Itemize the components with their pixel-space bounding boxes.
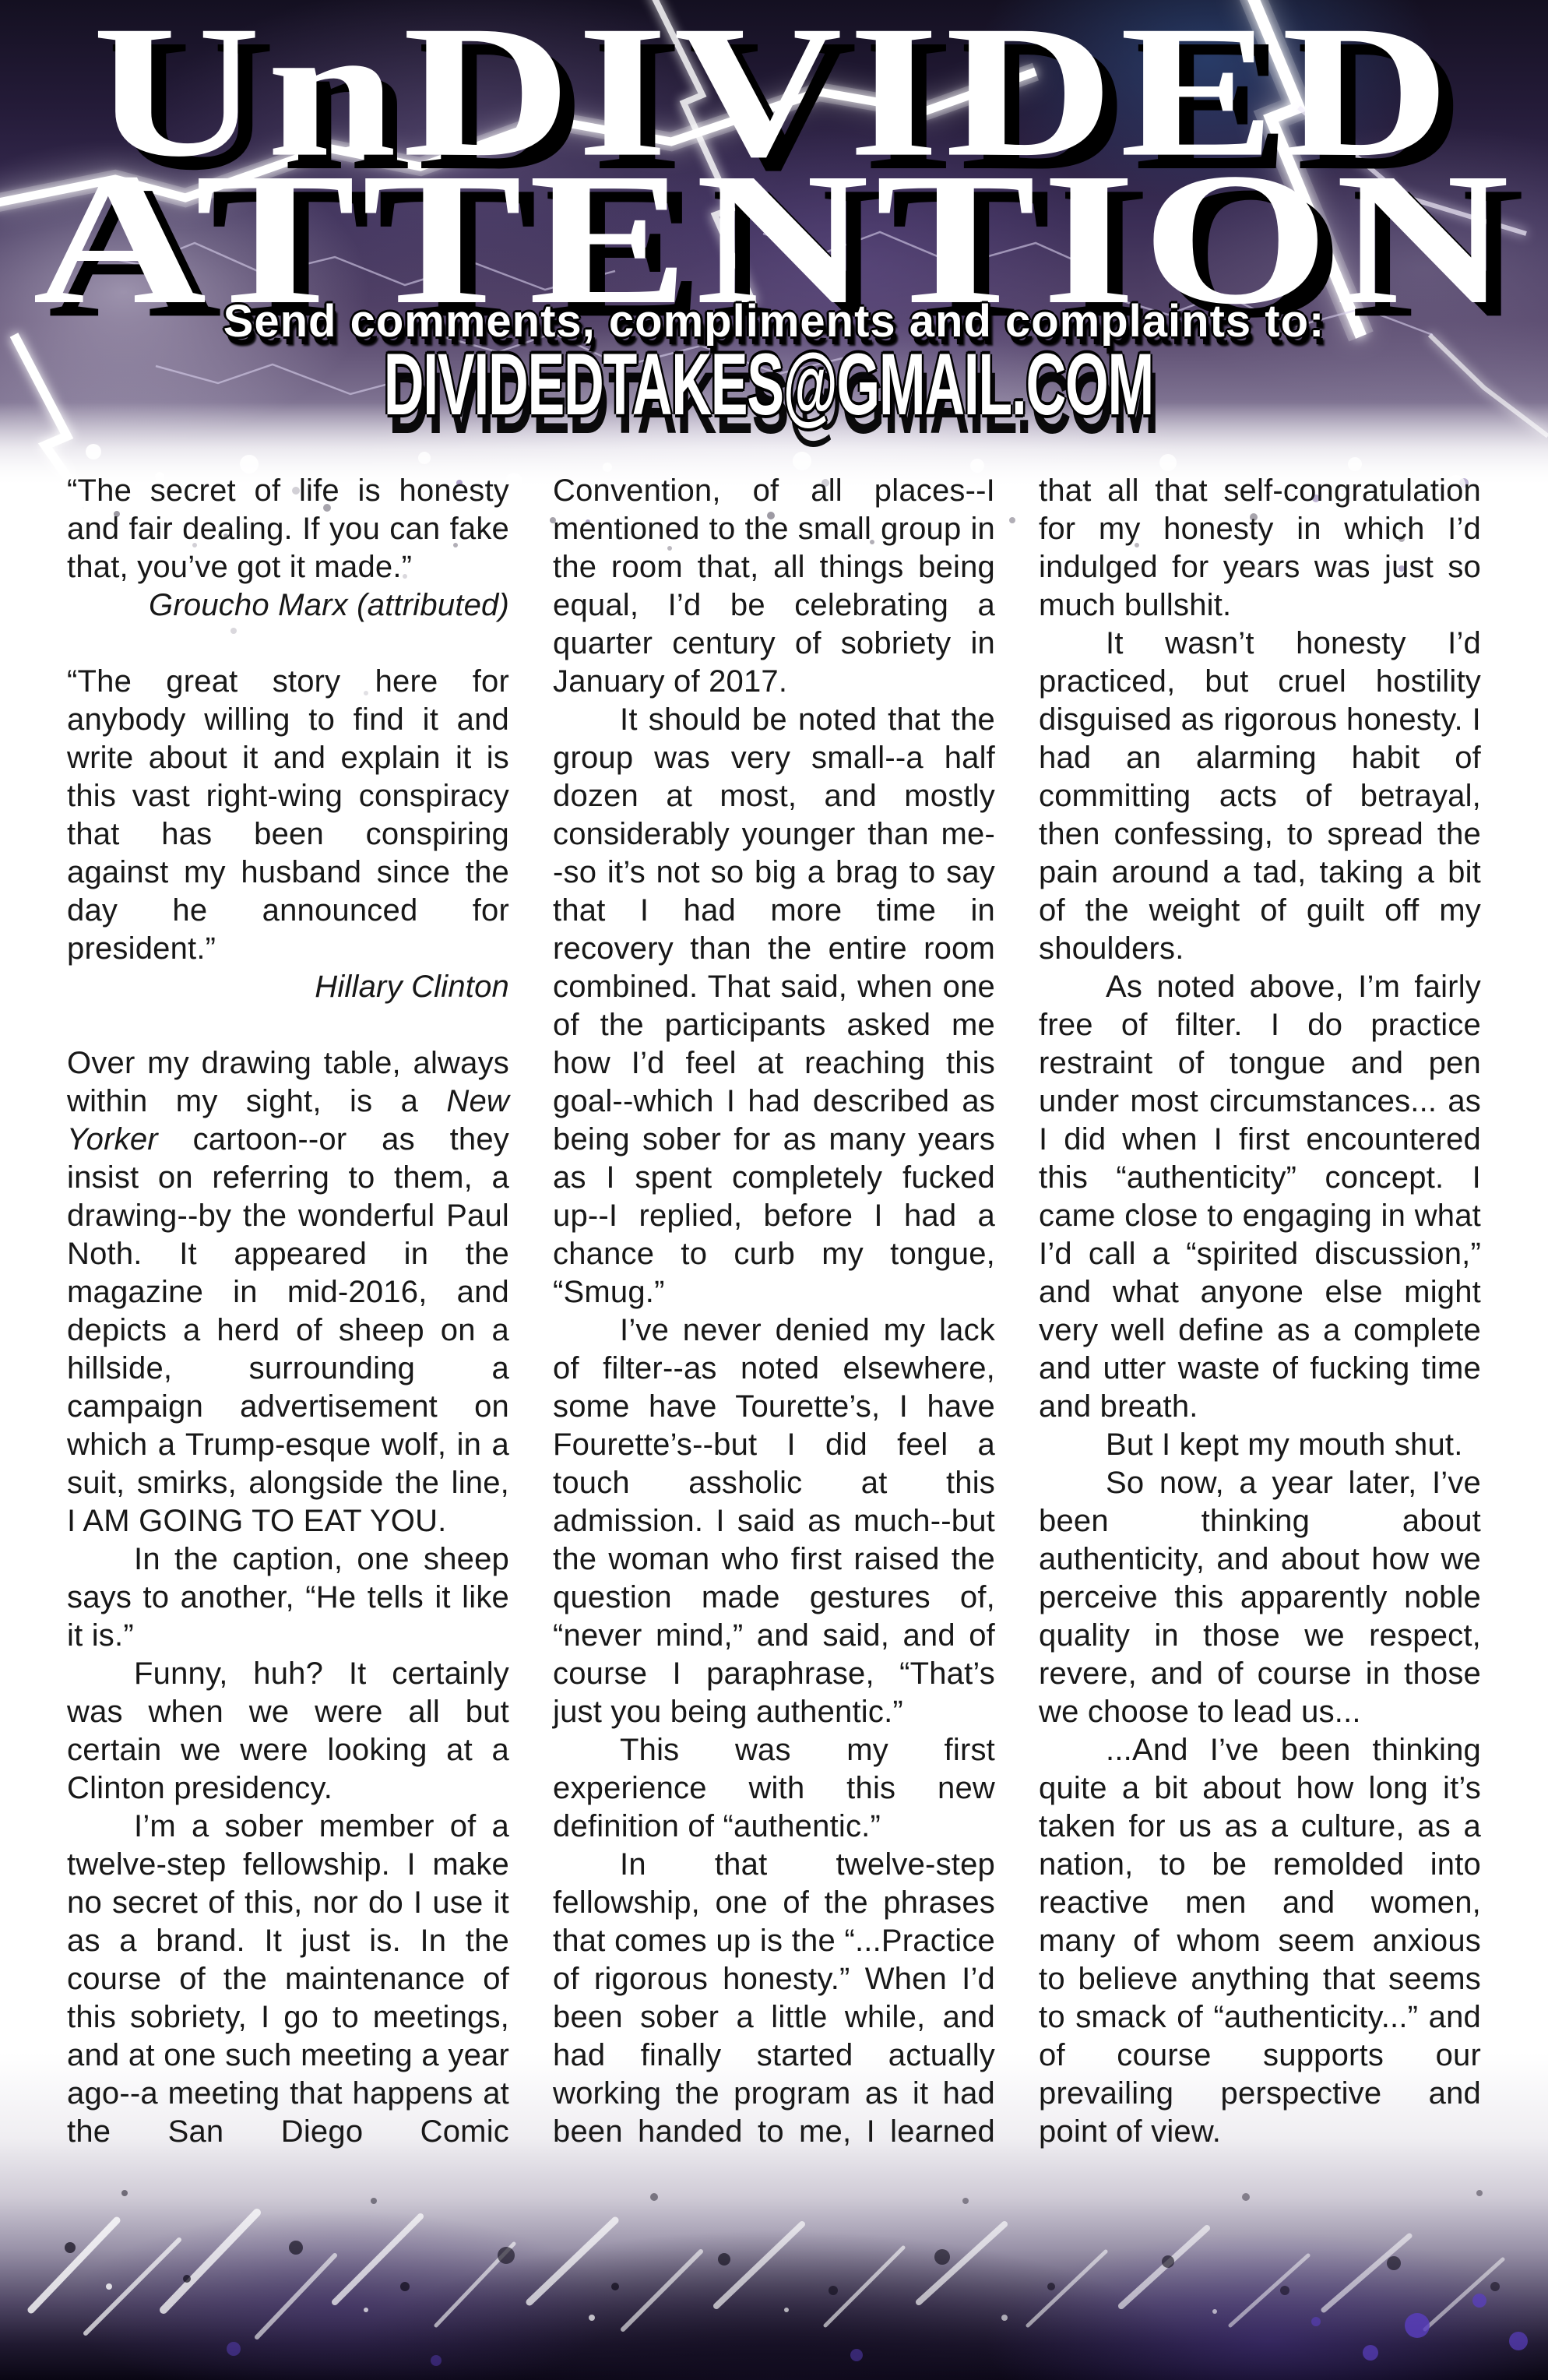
text-run: In the caption, one sheep says to anothe… xyxy=(67,1542,509,1653)
article-columns: “The secret of life is honesty and fair … xyxy=(67,472,1481,2151)
paragraph: In the caption, one sheep says to anothe… xyxy=(67,1540,509,1655)
text-run: As noted above, I’m fairly free of filte… xyxy=(1039,970,1481,1424)
text-run: Over my drawing table, always within my … xyxy=(67,1046,509,1118)
paragraph: It should be noted that the group was ve… xyxy=(553,701,995,1311)
paragraph: ...And I’ve been thinking quite a bit ab… xyxy=(1039,1731,1481,2151)
attribution: Hillary Clinton xyxy=(67,968,509,1006)
paragraph: So now, a year later, I’ve been thinking… xyxy=(1039,1464,1481,1731)
paragraph: It wasn’t honesty I’d practiced, but cru… xyxy=(1039,625,1481,968)
italic-text: Groucho Marx (attributed) xyxy=(149,588,509,622)
page-title: UnDIVIDED ATTENTION xyxy=(0,22,1548,308)
paragraph: I’ve never denied my lack of filter--as … xyxy=(553,1311,995,1731)
paragraph: Over my drawing table, always within my … xyxy=(67,1044,509,1540)
letters-page: UnDIVIDED ATTENTION Send comments, compl… xyxy=(0,0,1548,2380)
text-run: It should be noted that the group was ve… xyxy=(553,702,995,1309)
text-run: “The great story here for anybody willin… xyxy=(67,664,509,966)
paragraph: But I kept my mouth shut. xyxy=(1039,1426,1481,1464)
attribution: Groucho Marx (attributed) xyxy=(67,586,509,625)
paragraph: As noted above, I’m fairly free of filte… xyxy=(1039,968,1481,1426)
text-run: But I kept my mouth shut. xyxy=(1106,1428,1463,1462)
contact-email: DIVIDEDTAKES@GMAIL.COM xyxy=(273,341,1264,428)
text-run: So now, a year later, I’ve been thinking… xyxy=(1039,1466,1481,1729)
paragraph: “The secret of life is honesty and fair … xyxy=(67,472,509,586)
paragraph: Funny, huh? It certainly was when we wer… xyxy=(67,1655,509,1808)
text-run: ...And I’ve been thinking quite a bit ab… xyxy=(1039,1733,1481,2149)
paragraph: This was my first experience with this n… xyxy=(553,1731,995,1846)
text-run: cartoon--or as they insist on referring … xyxy=(67,1122,509,1538)
italic-text: Hillary Clinton xyxy=(315,970,509,1004)
paragraph: “The great story here for anybody willin… xyxy=(67,663,509,968)
text-run: “The secret of life is honesty and fair … xyxy=(67,474,509,584)
page-title-line2: ATTENTION xyxy=(0,168,1548,310)
text-run: I’ve never denied my lack of filter--as … xyxy=(553,1313,995,1729)
text-run: It wasn’t honesty I’d practiced, but cru… xyxy=(1039,626,1481,966)
text-run: This was my first experience with this n… xyxy=(553,1733,995,1843)
text-run: Funny, huh? It certainly was when we wer… xyxy=(67,1656,509,1805)
